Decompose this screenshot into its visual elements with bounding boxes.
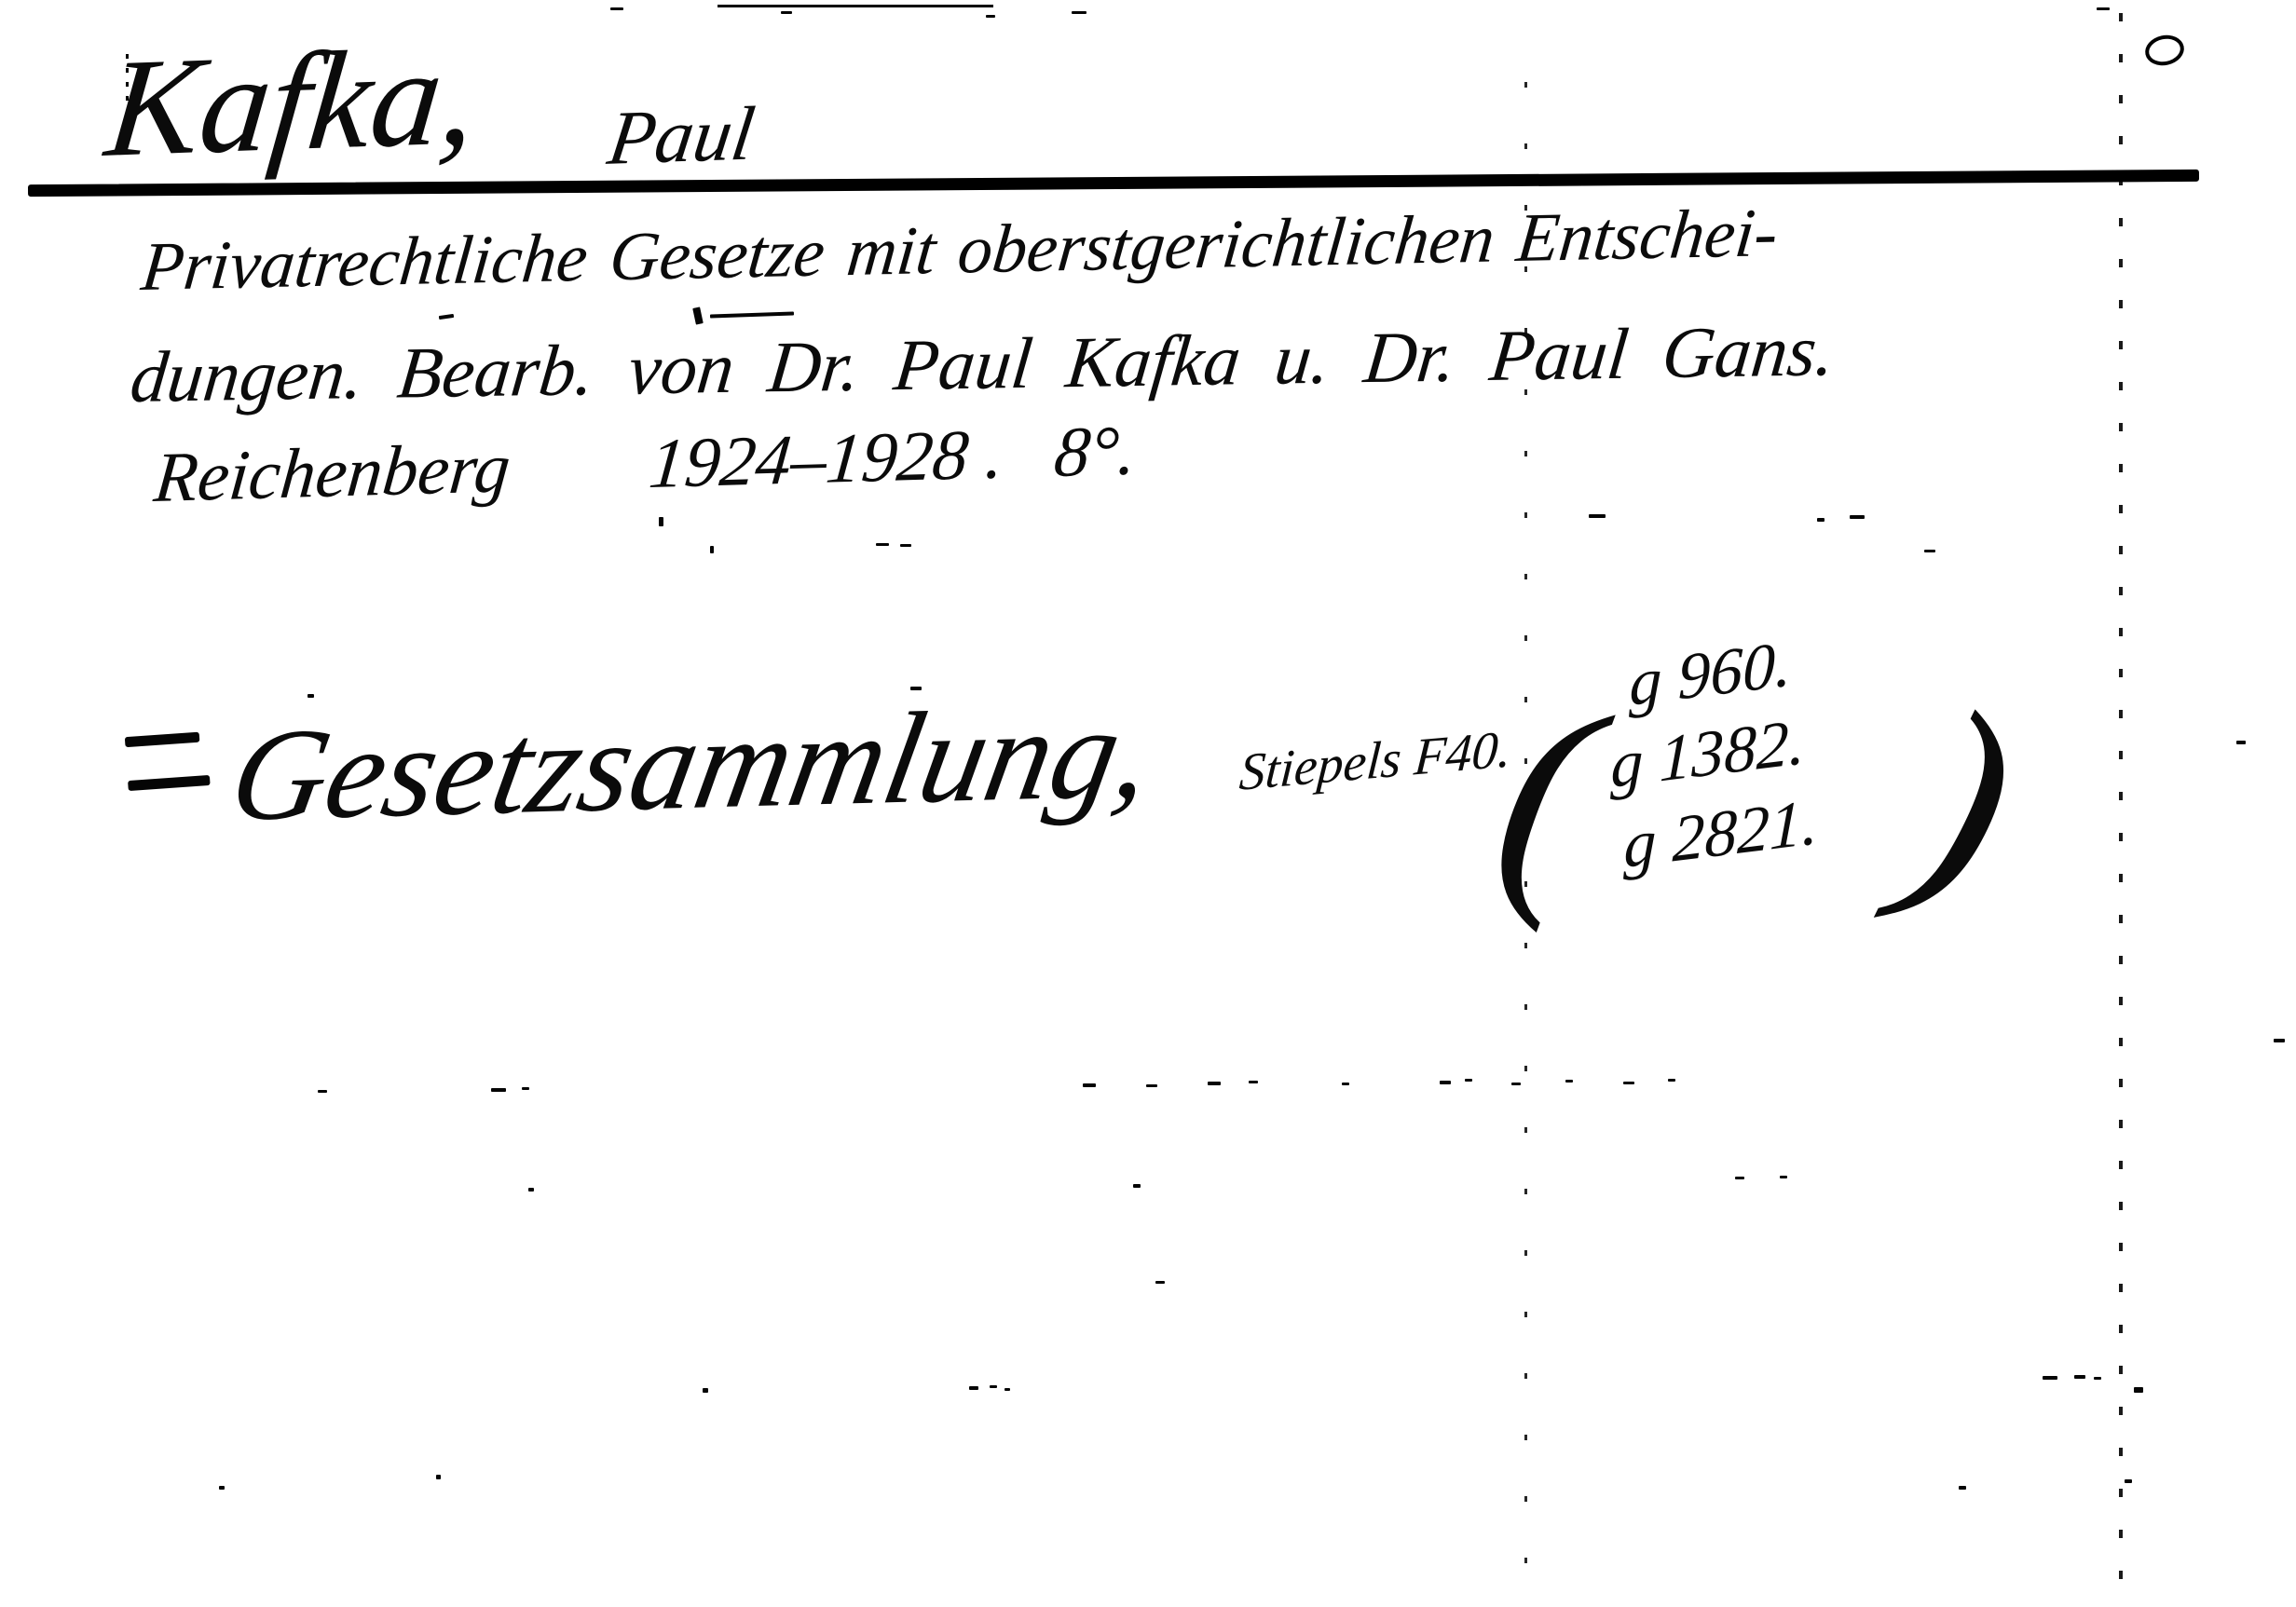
scan-speck [1924, 550, 1935, 552]
scan-speck [436, 1475, 441, 1479]
scan-speck [2236, 741, 2246, 744]
scan-speck [2094, 1377, 2101, 1380]
scan-speck [2134, 1387, 2143, 1393]
scan-speck [781, 11, 792, 14]
scan-speck [528, 1188, 534, 1192]
scan-speck [990, 1385, 997, 1388]
scan-speck [2074, 1375, 2085, 1379]
scan-speck [1850, 515, 1865, 519]
scan-speck [219, 1486, 225, 1490]
scan-speck [1072, 11, 1086, 14]
scan-speck [710, 311, 794, 318]
scan-speck [1780, 1176, 1787, 1178]
scan-speck [1735, 1177, 1744, 1179]
scan-speck [1589, 514, 1606, 518]
scan-speck [1208, 1082, 1221, 1085]
scan-speck [1146, 1084, 1157, 1087]
scan-speck [522, 1087, 529, 1090]
scan-speck [2274, 1039, 2285, 1042]
scan-speck [876, 543, 889, 546]
scan-speck [1249, 1081, 1258, 1083]
scan-speck [900, 544, 911, 547]
scan-speck [1511, 1083, 1521, 1085]
scan-speck [1668, 1079, 1675, 1082]
catalog-card-scan: Kafka, Paul Privatrechtliche Gesetze mit… [0, 0, 2296, 1607]
scan-speck [986, 15, 995, 18]
scan-speck [703, 1388, 708, 1393]
scan-speck [1342, 1083, 1349, 1085]
scan-speck [439, 314, 454, 320]
scan-speck [491, 1088, 506, 1092]
scan-speck [659, 517, 663, 526]
scan-speck [1133, 1184, 1141, 1188]
scan-speck [910, 687, 922, 690]
scan-noise-layer [0, 0, 2296, 1607]
scan-speck [969, 1386, 978, 1390]
scan-speck [1817, 518, 1824, 522]
scan-speck [1465, 1079, 1472, 1082]
scan-speck [710, 546, 714, 553]
scan-speck [2043, 1376, 2057, 1380]
scan-speck [692, 306, 704, 324]
scan-speck [1155, 1281, 1165, 1284]
scan-speck [1083, 1083, 1096, 1087]
scan-speck [307, 694, 314, 698]
scan-speck [2097, 7, 2110, 10]
scan-speck [2125, 1479, 2132, 1483]
scan-speck [1565, 1080, 1573, 1083]
scan-speck [1440, 1081, 1451, 1084]
scan-speck [610, 7, 623, 10]
scan-speck [1004, 1388, 1010, 1391]
scan-speck [318, 1090, 327, 1093]
scan-speck [1959, 1486, 1966, 1490]
scan-speck [1623, 1082, 1634, 1084]
